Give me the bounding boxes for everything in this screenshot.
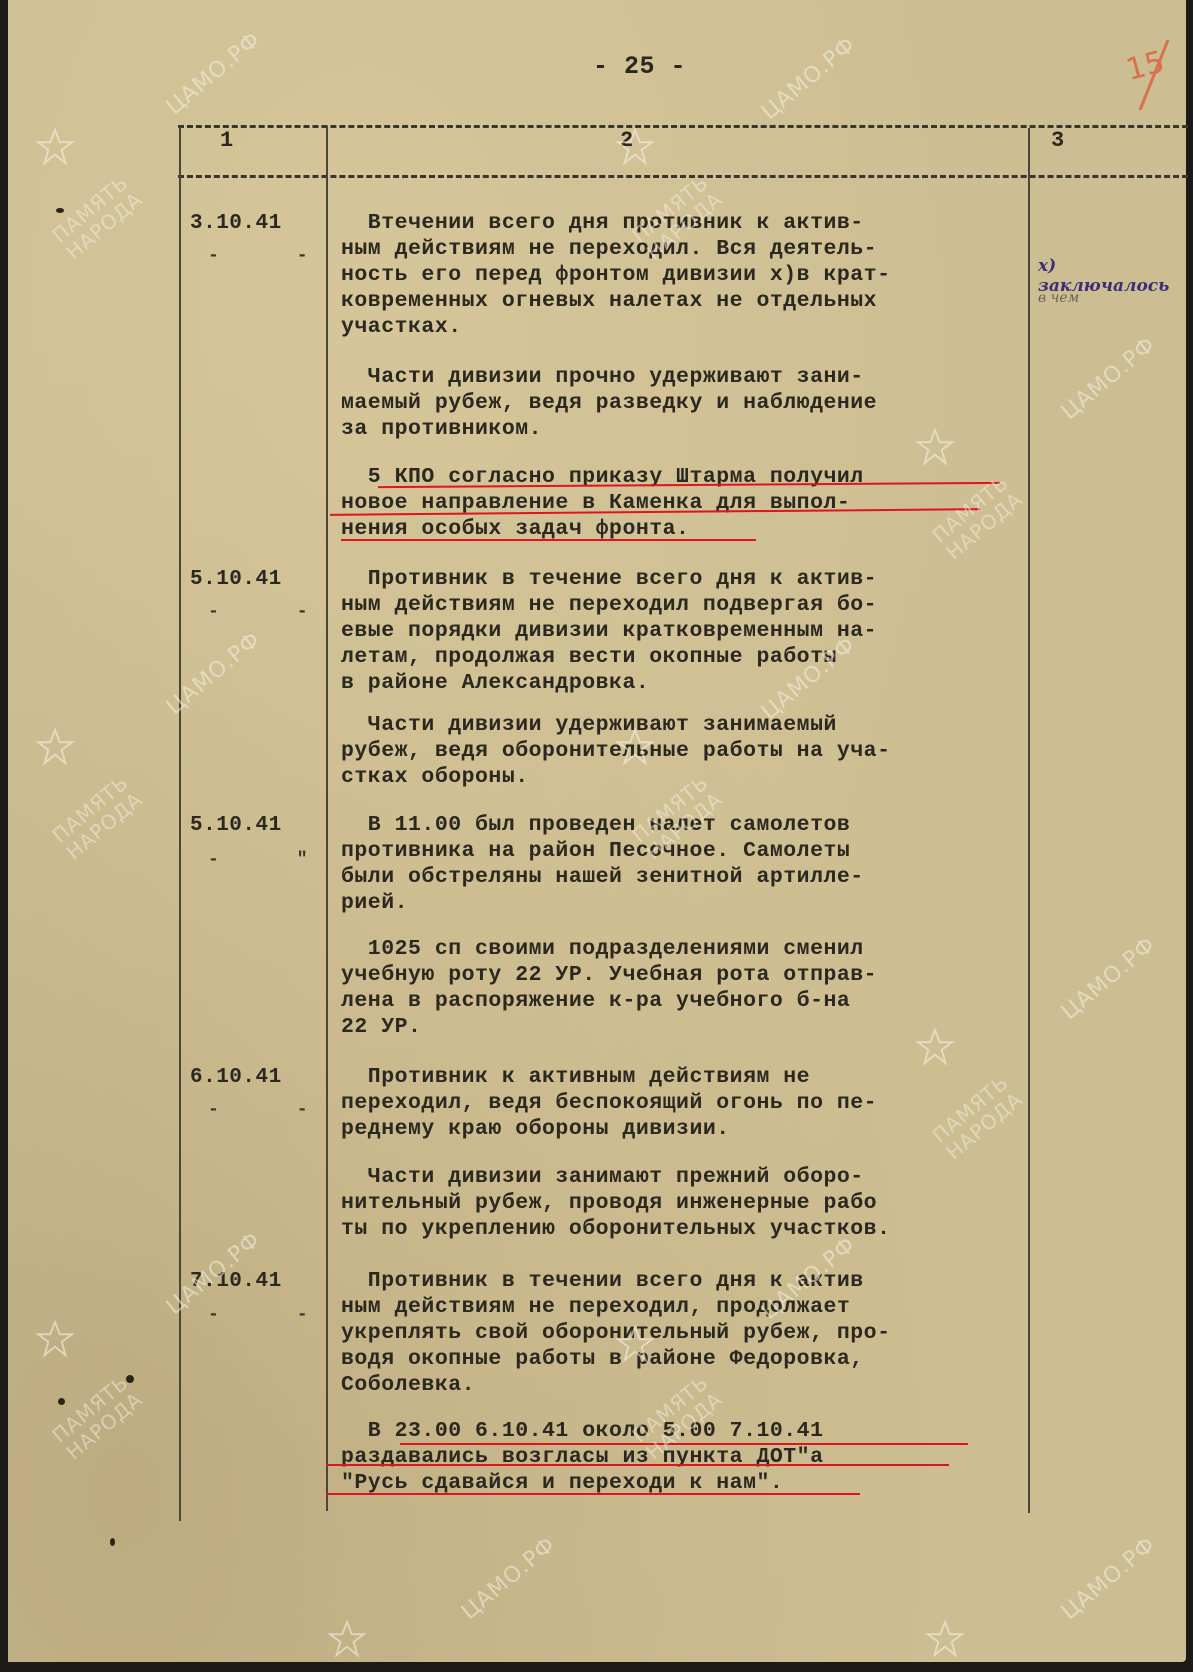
archive-sheet-number-mark: 15 — [1118, 20, 1178, 110]
document-page: - 25 - 15 1 2 3 3.10.41 -- Втечении всег… — [8, 0, 1186, 1662]
star-watermark-icon — [328, 1620, 366, 1658]
entry-paragraph: Части дивизии занимают прежний оборо-нит… — [341, 1164, 1021, 1242]
column-divider-1 — [326, 126, 328, 1511]
page-number: - 25 - — [593, 52, 686, 81]
ditto-marks: -- — [208, 1305, 308, 1325]
entry-paragraph: 1025 сп своими подразделениями сменилуче… — [341, 936, 1021, 1040]
column-header-1: 1 — [220, 128, 234, 153]
column-divider-2 — [1028, 128, 1030, 1513]
table-top-rule — [178, 125, 1188, 128]
star-watermark-icon — [616, 1325, 654, 1363]
watermark-archive: ЦАМО.РФ — [162, 627, 266, 720]
entry-paragraph: Противник в течении всего дня к активным… — [341, 1268, 1021, 1398]
paper-speck — [126, 1375, 134, 1383]
star-watermark-icon — [36, 1320, 74, 1358]
star-watermark-icon — [916, 1028, 954, 1066]
star-watermark-icon — [616, 728, 654, 766]
star-watermark-icon — [916, 428, 954, 466]
ditto-marks: -- — [208, 246, 308, 266]
red-underline — [341, 539, 756, 541]
handwritten-margin-note-faint: в чем — [1038, 290, 1079, 306]
watermark-memory: ПАМЯТЬНАРОДА — [48, 771, 147, 864]
entry-paragraph: Противник в течение всего дня к актив-ны… — [341, 566, 1021, 696]
star-watermark-icon — [926, 1620, 964, 1658]
entry-paragraph: Противник к активным действиям непереход… — [341, 1064, 1021, 1142]
watermark-archive: ЦАМО.РФ — [1057, 932, 1161, 1025]
entry-paragraph-highlighted: 5 КПО согласно приказу Штарма получилнов… — [341, 464, 1021, 542]
column-header-3: 3 — [1051, 128, 1065, 153]
entry-date: 3.10.41 — [190, 212, 282, 235]
star-watermark-icon — [36, 728, 74, 766]
svg-text:15: 15 — [1122, 44, 1168, 88]
star-watermark-icon — [36, 128, 74, 166]
entry-date: 5.10.41 — [190, 568, 282, 591]
watermark-memory: ПАМЯТЬНАРОДА — [48, 171, 147, 264]
table-header-rule — [178, 175, 1188, 178]
entry-paragraph: Части дивизии удерживают занимаемыйрубеж… — [341, 712, 1021, 790]
star-watermark-icon — [616, 128, 654, 166]
ditto-marks: -" — [208, 850, 308, 870]
watermark-archive: ЦАМО.РФ — [1057, 332, 1161, 425]
watermark-archive: ЦАМО.РФ — [162, 27, 266, 120]
ditto-marks: -- — [208, 1100, 308, 1120]
paper-speck — [110, 1538, 115, 1546]
paper-speck — [58, 1398, 65, 1405]
entry-date: 5.10.41 — [190, 814, 282, 837]
watermark-memory: ПАМЯТЬНАРОДА — [48, 1371, 147, 1464]
entry-date: 6.10.41 — [190, 1066, 282, 1089]
red-underline — [400, 1443, 968, 1445]
ditto-marks: -- — [208, 602, 308, 622]
paper-speck — [56, 208, 64, 213]
red-underline — [326, 1493, 860, 1495]
red-underline — [326, 1464, 949, 1466]
watermark-archive: ЦАМО.РФ — [1057, 1532, 1161, 1625]
watermark-archive: ЦАМО.РФ — [457, 1532, 561, 1625]
watermark-archive: ЦАМО.РФ — [757, 32, 861, 125]
